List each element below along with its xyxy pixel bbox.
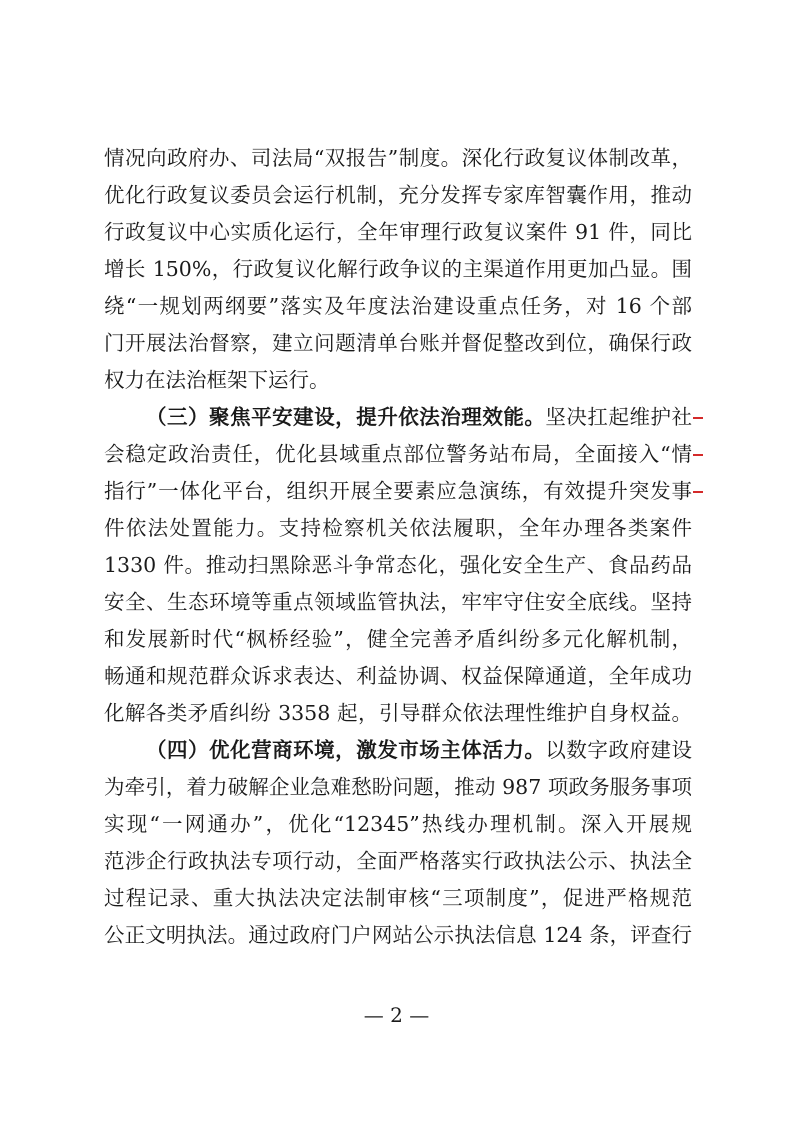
text-line: 行政复议中心实质化运行，全年审理行政复议案件 91 件，同比 — [104, 217, 692, 247]
section-3-heading: （三）聚焦平安建设，提升依法治理效能。 — [146, 405, 545, 429]
text-line: 实现“一网通办”，优化“12345”热线办理机制。深入开展规 — [104, 809, 692, 839]
text-line: 优化行政复议委员会运行机制，充分发挥专家库智囊作用，推动 — [104, 180, 692, 210]
text-line: 增长 150%，行政复议化解行政争议的主渠道作用更加凸显。围 — [104, 254, 692, 284]
section-4-text: 以数字政府建设 — [545, 738, 692, 762]
text-line: 情况向政府办、司法局“双报告”制度。深化行政复议体制改革， — [104, 143, 692, 173]
text-line: 和发展新时代“枫桥经验”，健全完善矛盾纠纷多元化解机制， — [104, 624, 692, 654]
text-line: 件依法处置能力。支持检察机关依法履职，全年办理各类案件 — [104, 513, 692, 543]
page-number: — 2 — — [0, 1003, 793, 1027]
revision-mark — [693, 417, 703, 419]
revision-mark — [693, 454, 703, 456]
text-line: 门开展法治督察，建立问题清单台账并督促整改到位，确保行政 — [104, 328, 692, 358]
text-line: 绕“一规划两纲要”落实及年度法治建设重点任务，对 16 个部 — [104, 291, 692, 321]
text-line: 安全、生态环境等重点领域监管执法，牢牢守住安全底线。坚持 — [104, 587, 692, 617]
section-3-text: 坚决扛起维护社 — [545, 405, 692, 429]
text-line: 权力在法治框架下运行。 — [104, 365, 692, 395]
text-line: 指行”一体化平台，组织开展全要素应急演练，有效提升突发事 — [104, 476, 692, 506]
text-line: 化解各类矛盾纠纷 3358 起，引导群众依法理性维护自身权益。 — [104, 698, 692, 728]
text-line: 过程记录、重大执法决定法制审核“三项制度”，促进严格规范 — [104, 883, 692, 913]
text-line: 范涉企行政执法专项行动，全面严格落实行政执法公示、执法全 — [104, 846, 692, 876]
section-3-first-line: （三）聚焦平安建设，提升依法治理效能。坚决扛起维护社 — [146, 402, 692, 432]
section-4-heading: （四）优化营商环境，激发市场主体活力。 — [146, 738, 545, 762]
revision-mark — [693, 491, 703, 493]
text-line: 为牵引，着力破解企业急难愁盼问题，推动 987 项政务服务事项 — [104, 772, 692, 802]
text-line: 会稳定政治责任，优化县域重点部位警务站布局，全面接入“情 — [104, 439, 692, 469]
section-4-first-line: （四）优化营商环境，激发市场主体活力。以数字政府建设 — [146, 735, 692, 765]
text-line: 公正文明执法。通过政府门户网站公示执法信息 124 条，评查行 — [104, 920, 692, 950]
text-line: 畅通和规范群众诉求表达、利益协调、权益保障通道，全年成功 — [104, 661, 692, 691]
text-line: 1330 件。推动扫黑除恶斗争常态化，强化安全生产、食品药品 — [104, 550, 692, 580]
document-page: 情况向政府办、司法局“双报告”制度。深化行政复议体制改革， 优化行政复议委员会运… — [0, 0, 793, 1122]
